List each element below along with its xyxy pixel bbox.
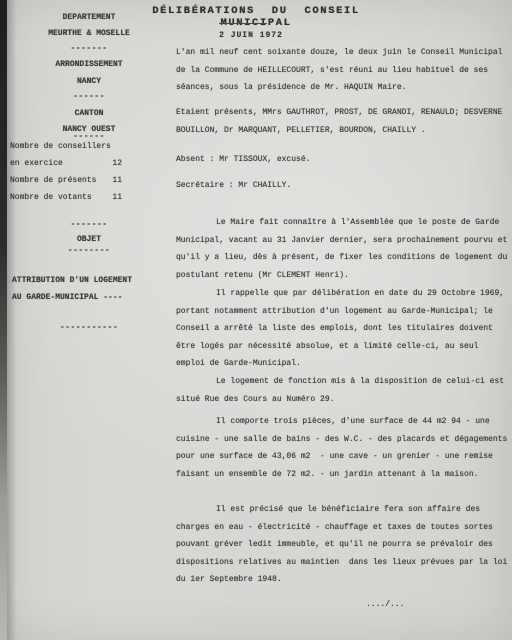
secretary-line: Secrétaire : Mr CHAILLY.: [176, 177, 508, 195]
intro-paragraph: L'an mil neuf cent soixante douze, le de…: [176, 44, 508, 97]
absent-line: Absent : Mr TISSOUX, excusé.: [176, 151, 508, 169]
counter-presents-label: Nombre de présents: [10, 172, 96, 190]
sidebar-divider: ------: [10, 88, 168, 106]
counter-votants-label: Nombre de votants: [10, 189, 92, 207]
canton-label: CANTON: [10, 105, 168, 123]
body-paragraph-5: Il est précisé que le bénéficiaire fera …: [176, 501, 508, 589]
title-underline: [219, 23, 267, 24]
attendees-paragraph: Etaient présents, MMrs GAUTHROT, PROST, …: [176, 104, 508, 139]
counter-exercice-value: 12: [112, 155, 122, 173]
counter-exercice: en exercice 12: [10, 155, 122, 173]
counter-exercice-label: en exercice: [10, 155, 63, 173]
sidebar-divider: -------: [10, 40, 168, 58]
arrondissement-label: ARRONDISSEMENT: [10, 56, 168, 74]
body-paragraph-3: Le logement de fonction mis à la disposi…: [176, 373, 508, 408]
departement-label: DEPARTEMENT: [10, 9, 168, 27]
counter-conseillers-label: Nombre de conseillers: [10, 138, 111, 156]
session-date: 2 JUIN 1972: [196, 27, 306, 45]
sidebar-bottom-divider: -----------: [10, 319, 168, 337]
objet-line2: AU GARDE-MUNICIPAL ----: [12, 289, 168, 307]
counter-presents: Nombre de présents 11: [10, 172, 122, 190]
objet-line1: ATTRIBUTION D'UN LOGEMENT: [12, 272, 168, 290]
counter-votants-value: 11: [112, 189, 122, 207]
counter-votants: Nombre de votants 11: [10, 189, 122, 207]
body-paragraph-1: Le Maire fait connaître à l'Assemblée qu…: [176, 214, 508, 284]
objet-divider-bottom: --------: [10, 242, 168, 260]
document-page: DÉLIBÉRATIONS DU CONSEIL MUNICIPAL 2 JUI…: [0, 0, 512, 640]
body-paragraph-2: Il rappelle que par délibération en date…: [176, 285, 508, 373]
body-paragraph-4: Il comporte trois pièces, d'une surface …: [176, 413, 508, 483]
continuation-mark: ..../...: [366, 596, 404, 614]
counter-presents-value: 11: [112, 172, 122, 190]
